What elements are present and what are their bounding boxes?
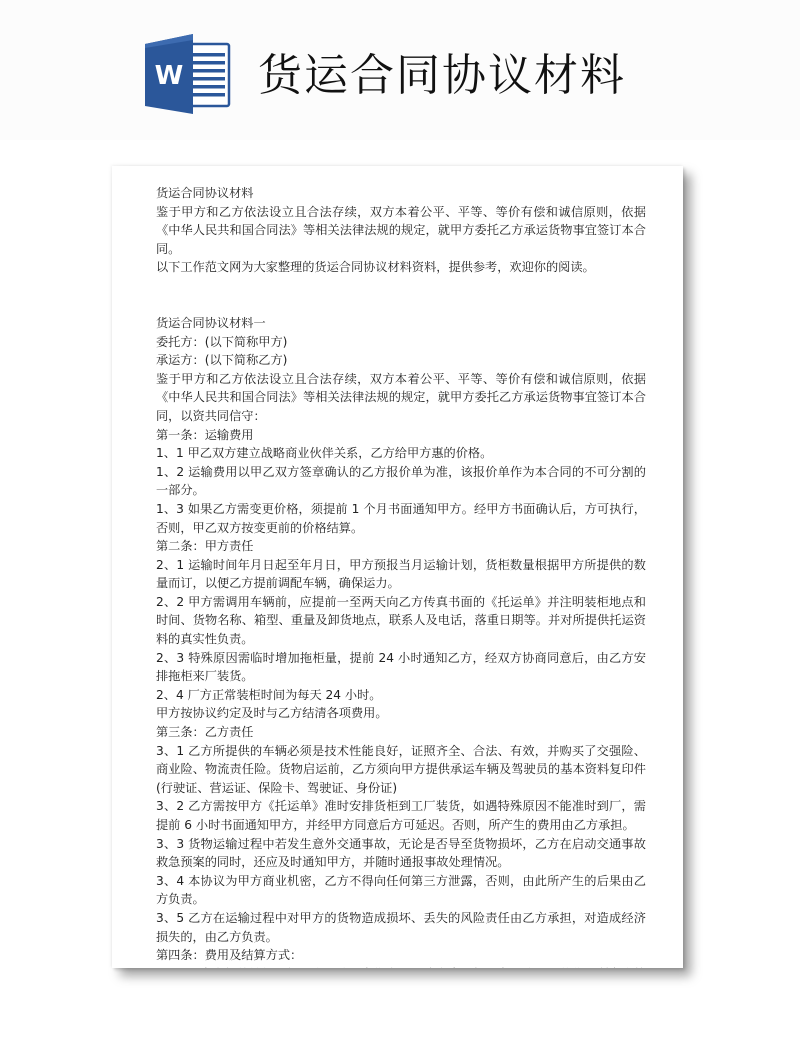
document-title: 货运合同协议材料 — [258, 46, 626, 106]
clause-1-2: 1、2 运输费用以甲乙双方签章确认的乙方报价单为准，该报价单作为本合同的不可分割… — [156, 463, 646, 500]
clause-3-4: 3、4 本协议为甲方商业机密，乙方不得向任何第三方泄露，否则，由此所产生的后果由… — [156, 872, 646, 909]
article-3-heading: 第三条：乙方责任 — [156, 723, 646, 742]
header-band: W 货运合同协议材料 — [0, 0, 800, 140]
clause-3-2: 3、2 乙方需按甲方《托运单》准时安排货柜到工厂装货，如遇特殊原因不能准时到厂，… — [156, 797, 646, 834]
clause-2-1: 2、1 运输时间年月日起至年月日，甲方预报当月运输计划，货柜数量根据甲方所提供的… — [156, 556, 646, 593]
article-2-heading: 第二条：甲方责任 — [156, 537, 646, 556]
clause-2-4: 2、4 厂方正常装柜时间为每天 24 小时。 — [156, 686, 646, 705]
clause-1-3: 1、3 如果乙方需变更价格，须提前 1 个月书面通知甲方。经甲方书面确认后，方可… — [156, 500, 646, 537]
clause-2-2: 2、2 甲方需调用车辆前，应提前一至两天向乙方传真书面的《托运单》并注明装柜地点… — [156, 593, 646, 649]
intro-note: 以下工作范文网为大家整理的货运合同协议材料资料，提供参考，欢迎你的阅读。 — [156, 258, 646, 277]
clause-4-1: 4、1 乙方车辆按计划时间正常到达甲方指定工厂或仓库，如厂方无法即时装货，所产生… — [156, 965, 646, 968]
clause-3-1: 3、1 乙方所提供的车辆必须是技术性能良好，证照齐全、合法、有效，并购买了交强险… — [156, 742, 646, 798]
clause-3-3: 3、3 货物运输过程中若发生意外交通事故，无论是否导至货物损坏，乙方在启动交通事… — [156, 835, 646, 872]
clause-3-5: 3、5 乙方在运输过程中对甲方的货物造成损坏、丢失的风险责任由乙方承担，对造成经… — [156, 909, 646, 946]
clause-2-5: 甲方按协议约定及时与乙方结清各项费用。 — [156, 704, 646, 723]
client-party: 委托方：(以下简称甲方) — [156, 333, 646, 352]
section-spacer — [156, 277, 646, 314]
preamble: 鉴于甲方和乙方依法设立且合法存续，双方本着公平、平等、等价有偿和诚信原则，依据《… — [156, 370, 646, 426]
article-4-heading: 第四条：费用及结算方式： — [156, 946, 646, 965]
word-document-icon: W — [143, 34, 233, 114]
document-content: 货运合同协议材料 鉴于甲方和乙方依法设立且合法存续，双方本着公平、平等、等价有偿… — [156, 184, 646, 968]
intro-title: 货运合同协议材料 — [156, 184, 646, 203]
carrier-party: 承运方：(以下简称乙方) — [156, 351, 646, 370]
article-1-heading: 第一条：运输费用 — [156, 426, 646, 445]
clause-2-3: 2、3 特殊原因需临时增加拖柜量，提前 24 小时通知乙方，经双方协商同意后，由… — [156, 649, 646, 686]
intro-paragraph: 鉴于甲方和乙方依法设立且合法存续，双方本着公平、平等、等价有偿和诚信原则，依据《… — [156, 203, 646, 259]
clause-1-1: 1、1 甲乙双方建立战略商业伙伴关系，乙方给甲方惠的价格。 — [156, 444, 646, 463]
svg-text:W: W — [155, 61, 184, 91]
section-title: 货运合同协议材料一 — [156, 314, 646, 333]
document-page: 货运合同协议材料 鉴于甲方和乙方依法设立且合法存续，双方本着公平、平等、等价有偿… — [112, 166, 683, 968]
